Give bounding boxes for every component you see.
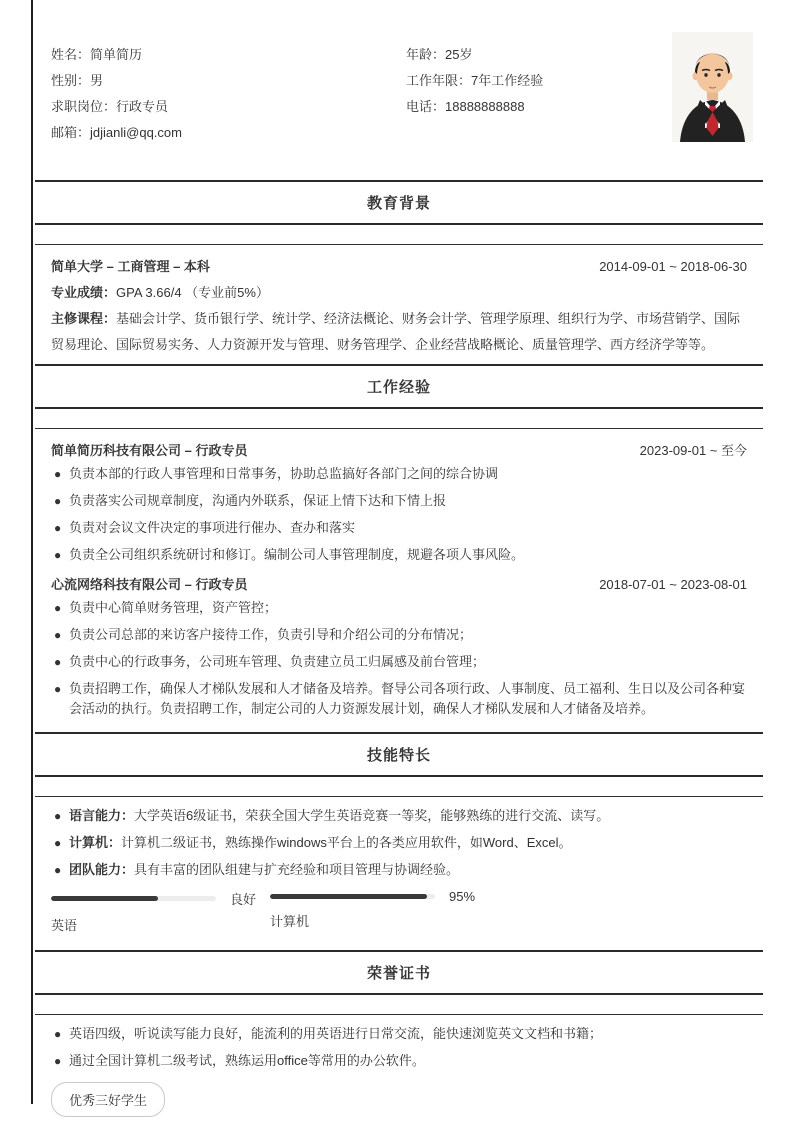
bullet-dot-icon: ●	[51, 833, 69, 853]
bullet-dot-icon: ●	[51, 1051, 69, 1071]
bullet-text: 团队能力：具有丰富的团队组建与扩充经验和项目管理与协调经验。	[69, 860, 747, 880]
skill-bar-english: 良好 英语	[51, 889, 270, 935]
bullet-dot-icon: ●	[51, 545, 69, 565]
job-bullet: ●负责招聘工作，确保人才梯队发展和人才储备及培养。督导公司各项行政、人事制度、员…	[51, 679, 747, 719]
bullet-dot-icon: ●	[51, 1024, 69, 1044]
bullet-text: 英语四级，听说读写能力良好，能流利的用英语进行日常交流，能快速浏览英文文档和书籍…	[69, 1024, 747, 1044]
skill-bullet: ●计算机：计算机二级证书，熟练操作windows平台上的各类应用软件，如Word…	[51, 833, 747, 853]
bullet-text: 负责本部的行政人事管理和日常事务，协助总监搞好各部门之间的综合协调	[69, 464, 747, 484]
spacer	[35, 146, 763, 180]
bullet-text: 语言能力：大学英语6级证书，荣获全国大学生英语竞赛一等奖，能够熟练的进行交流、读…	[69, 806, 747, 826]
profile-field-phone: 电话：18888888888	[406, 94, 672, 120]
education-block: 简单大学 – 工商管理 – 本科 2014-09-01 ~ 2018-06-30…	[35, 244, 763, 364]
bullet-text: 负责落实公司规章制度，沟通内外联系，保证上情下达和下情上报	[69, 491, 747, 511]
skill-label: 语言能力：	[69, 808, 134, 823]
honor-tag: 优秀三好学生	[51, 1082, 165, 1117]
field-label: 邮箱：	[51, 125, 90, 140]
skill-text: 具有丰富的团队组建与扩充经验和项目管理与协调经验。	[134, 862, 459, 877]
section-header-skills: 技能特长	[35, 732, 763, 777]
profile-right-column: 年龄：25岁 工作年限：7年工作经验 电话：18888888888	[406, 42, 672, 146]
field-label: 工作年限：	[406, 73, 471, 88]
bullet-dot-icon: ●	[51, 518, 69, 538]
bullet-dot-icon: ●	[51, 679, 69, 719]
school-degree-line: 简单大学 – 工商管理 – 本科	[51, 254, 210, 280]
field-label: 姓名：	[51, 47, 90, 62]
profile-field-name: 姓名：简单简历	[51, 42, 406, 68]
bullet-dot-icon: ●	[51, 464, 69, 484]
bar-name: 英语	[51, 917, 270, 935]
courses-label: 主修课程：	[51, 311, 116, 326]
field-value: 行政专员	[116, 99, 168, 114]
skill-bullet: ●团队能力：具有丰富的团队组建与扩充经验和项目管理与协调经验。	[51, 860, 747, 880]
skill-bars: 良好 英语 95% 计算机	[51, 889, 747, 950]
honors-block: ●英语四级，听说读写能力良好，能流利的用英语进行日常交流，能快速浏览英文文档和书…	[35, 1014, 763, 1117]
resume-page: 姓名：简单简历 性别：男 求职岗位：行政专员 邮箱：jdjianli@qq.co…	[0, 0, 794, 1123]
bullet-dot-icon: ●	[51, 598, 69, 618]
field-label: 电话：	[406, 99, 445, 114]
field-value: 简单简历	[90, 47, 142, 62]
skill-bullet: ●语言能力：大学英语6级证书，荣获全国大学生英语竞赛一等奖，能够熟练的进行交流、…	[51, 806, 747, 826]
skills-block: ●语言能力：大学英语6级证书，荣获全国大学生英语竞赛一等奖，能够熟练的进行交流、…	[35, 796, 763, 950]
bullet-dot-icon: ●	[51, 652, 69, 672]
progress-bar-fill	[270, 894, 427, 899]
job-bullet: ●负责中心简单财务管理，资产管控；	[51, 598, 747, 618]
bar-level-label: 95%	[449, 889, 475, 904]
section-title: 荣誉证书	[367, 962, 431, 983]
company-position-line: 简单简历科技有限公司 – 行政专员	[51, 438, 247, 464]
field-value: jdjianli@qq.com	[90, 125, 182, 140]
job-heading-row: 简单简历科技有限公司 – 行政专员 2023-09-01 ~ 至今	[51, 438, 747, 464]
profile-field-gender: 性别：男	[51, 68, 406, 94]
job-bullet: ●负责落实公司规章制度，沟通内外联系，保证上情下达和下情上报	[51, 491, 747, 511]
job-heading-row: 心流网络科技有限公司 – 行政专员 2018-07-01 ~ 2023-08-0…	[51, 572, 747, 598]
field-value: 25岁	[445, 47, 472, 62]
bar-name: 计算机	[270, 913, 489, 931]
profile-field-position: 求职岗位：行政专员	[51, 94, 406, 120]
skill-text: 大学英语6级证书，荣获全国大学生英语竞赛一等奖，能够熟练的进行交流、读写。	[134, 808, 609, 823]
skill-bar-computer: 95% 计算机	[270, 889, 489, 935]
field-value: 男	[90, 73, 103, 88]
skill-label: 团队能力：	[69, 862, 134, 877]
bullet-text: 负责对会议文件决定的事项进行催办、查办和落实	[69, 518, 747, 538]
bullet-dot-icon: ●	[51, 806, 69, 826]
skill-text: 计算机二级证书，熟练操作windows平台上的各类应用软件，如Word、Exce…	[121, 835, 571, 850]
honor-bullet: ●英语四级，听说读写能力良好，能流利的用英语进行日常交流，能快速浏览英文文档和书…	[51, 1024, 747, 1044]
job-period: 2023-09-01 ~ 至今	[640, 438, 747, 464]
gpa-label: 专业成绩：	[51, 285, 116, 300]
job-period: 2018-07-01 ~ 2023-08-01	[599, 572, 747, 598]
bullet-text: 通过全国计算机二级考试，熟练运用office等常用的办公软件。	[69, 1051, 747, 1071]
bar-level-label: 良好	[230, 889, 256, 908]
section-title: 教育背景	[367, 192, 431, 213]
bar-row: 良好	[51, 889, 270, 908]
honor-bullet: ●通过全国计算机二级考试，熟练运用office等常用的办公软件。	[51, 1051, 747, 1071]
profile-field-email: 邮箱：jdjianli@qq.com	[51, 120, 406, 146]
profile-section: 姓名：简单简历 性别：男 求职岗位：行政专员 邮箱：jdjianli@qq.co…	[35, 0, 763, 146]
job-bullet: ●负责本部的行政人事管理和日常事务，协助总监搞好各部门之间的综合协调	[51, 464, 747, 484]
courses-value: 基础会计学、货币银行学、统计学、经济法概论、财务会计学、管理学原理、组织行为学、…	[51, 311, 740, 352]
section-header-education: 教育背景	[35, 180, 763, 225]
page-left-rule	[31, 0, 33, 1104]
bullet-dot-icon: ●	[51, 860, 69, 880]
skill-label: 计算机：	[69, 835, 121, 850]
progress-bar-fill	[51, 896, 158, 901]
job-bullet: ●负责公司总部的来访客户接待工作，负责引导和介绍公司的分布情况；	[51, 625, 747, 645]
field-label: 性别：	[51, 73, 90, 88]
bullet-text: 负责公司总部的来访客户接待工作，负责引导和介绍公司的分布情况；	[69, 625, 747, 645]
job-bullet: ●负责中心的行政事务，公司班车管理、负责建立员工归属感及前台管理；	[51, 652, 747, 672]
field-label: 年龄：	[406, 47, 445, 62]
bullet-text: 负责招聘工作，确保人才梯队发展和人才储备及培养。督导公司各项行政、人事制度、员工…	[69, 679, 747, 719]
profile-field-experience-years: 工作年限：7年工作经验	[406, 68, 672, 94]
courses-line: 主修课程：基础会计学、货币银行学、统计学、经济法概论、财务会计学、管理学原理、组…	[51, 306, 747, 358]
field-value: 7年工作经验	[471, 73, 543, 88]
company-position-line: 心流网络科技有限公司 – 行政专员	[51, 572, 247, 598]
bullet-text: 负责中心的行政事务，公司班车管理、负责建立员工归属感及前台管理；	[69, 652, 747, 672]
bullet-text: 计算机：计算机二级证书，熟练操作windows平台上的各类应用软件，如Word、…	[69, 833, 747, 853]
bullet-text: 负责全公司组织系统研讨和修订。编制公司人事管理制度，规避各项人事风险。	[69, 545, 747, 565]
profile-field-age: 年龄：25岁	[406, 42, 672, 68]
progress-bar-track	[270, 894, 435, 899]
section-title: 工作经验	[367, 376, 431, 397]
work-block: 简单简历科技有限公司 – 行政专员 2023-09-01 ~ 至今 ●负责本部的…	[35, 428, 763, 732]
gpa-line: 专业成绩：GPA 3.66/4 （专业前5%）	[51, 280, 747, 306]
avatar-illustration	[672, 32, 753, 142]
gpa-value: GPA 3.66/4 （专业前5%）	[116, 285, 269, 300]
section-title: 技能特长	[367, 744, 431, 765]
progress-bar-track	[51, 896, 216, 901]
job-bullet: ●负责全公司组织系统研讨和修订。编制公司人事管理制度，规避各项人事风险。	[51, 545, 747, 565]
profile-left-column: 姓名：简单简历 性别：男 求职岗位：行政专员 邮箱：jdjianli@qq.co…	[51, 42, 406, 146]
bullet-dot-icon: ●	[51, 491, 69, 511]
job-bullet: ●负责对会议文件决定的事项进行催办、查办和落实	[51, 518, 747, 538]
section-header-honors: 荣誉证书	[35, 950, 763, 995]
bar-row: 95%	[270, 889, 489, 904]
education-period: 2014-09-01 ~ 2018-06-30	[599, 254, 747, 280]
field-value: 18888888888	[445, 99, 525, 114]
bullet-text: 负责中心简单财务管理，资产管控；	[69, 598, 747, 618]
field-label: 求职岗位：	[51, 99, 116, 114]
avatar-photo	[672, 32, 753, 142]
education-heading-row: 简单大学 – 工商管理 – 本科 2014-09-01 ~ 2018-06-30	[51, 254, 747, 280]
section-header-work: 工作经验	[35, 364, 763, 409]
bullet-dot-icon: ●	[51, 625, 69, 645]
